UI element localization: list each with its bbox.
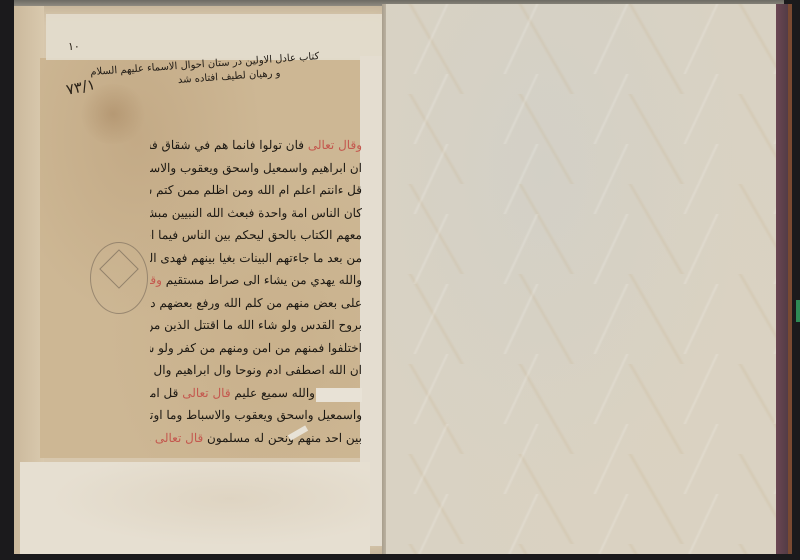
line-text: كان الناس امة واحدة فبعث الله النبيين مب… bbox=[150, 206, 362, 220]
text-line: من بعد ما جاءتهم البينات بغيا بينهم فهدى… bbox=[150, 247, 362, 270]
text-line: والله يهدي من يشاء الى صراط مستقيم وقال … bbox=[150, 269, 362, 292]
text-line: معهم الكتاب بالحق ليحكم بين الناس فيما ا… bbox=[150, 224, 362, 247]
text-line: قل ءانتم اعلم ام الله ومن اظلم ممن كتم ش… bbox=[150, 179, 362, 202]
line-text: اختلفوا فمنهم من امن ومنهم من كفر ولو شا… bbox=[150, 341, 362, 355]
manuscript-photo: ١٠ ٧٣/١ کتاب عادل الاولین در ستان احوال … bbox=[0, 0, 800, 560]
green-tab bbox=[796, 300, 800, 322]
rubric: وقال تعالى bbox=[308, 138, 362, 152]
line-tail: ما كان لبشر ان يؤتيه الله الكتاب والحكم bbox=[150, 431, 151, 445]
seal-stamp bbox=[90, 242, 148, 314]
line-text: واسمعيل واسحق ويعقوب والاسباط وما اوتي م… bbox=[150, 408, 362, 422]
right-page-flyleaf bbox=[386, 4, 778, 554]
text-line: واسمعيل واسحق ويعقوب والاسباط وما اوتي م… bbox=[150, 404, 362, 427]
line-text: قل ءانتم اعلم ام الله ومن اظلم ممن كتم ش… bbox=[150, 183, 362, 197]
line-text: بروح القدس ولو شاء الله ما اقتتل الذين م… bbox=[150, 318, 362, 332]
text-line: بروح القدس ولو شاء الله ما اقتتل الذين م… bbox=[150, 314, 362, 337]
line-text: ان الله اصطفى ادم ونوحا وال ابراهيم وال … bbox=[150, 363, 362, 377]
main-text-block: وقال تعالى فان تولوا فانما هم في شقاق فس… bbox=[150, 134, 362, 454]
cover-edge-leather bbox=[788, 4, 792, 554]
text-line: بين احد منهم ونحن له مسلمون قال تعالى ما… bbox=[150, 427, 362, 450]
bottom-repair-paper bbox=[20, 462, 370, 554]
line-text: من بعد ما جاءتهم البينات بغيا بينهم فهدى… bbox=[150, 251, 362, 265]
text-line: اختلفوا فمنهم من امن ومنهم من كفر ولو شا… bbox=[150, 337, 362, 360]
rubric: قال تعالى bbox=[155, 431, 203, 445]
top-repair-paper bbox=[46, 14, 391, 60]
text-line: ان الله اصطفى ادم ونوحا وال ابراهيم وال … bbox=[150, 359, 362, 382]
seal-emblem-icon bbox=[99, 249, 139, 289]
text-line: ان ابراهيم واسمعيل واسحق ويعقوب والاسباط… bbox=[150, 157, 362, 180]
line-text: على بعض منهم من كلم الله ورفع بعضهم درجا… bbox=[150, 296, 362, 310]
folio-top-number: ١٠ bbox=[68, 40, 80, 53]
rubric: قال تعالى bbox=[182, 386, 230, 400]
text-line: كان الناس امة واحدة فبعث الله النبيين مب… bbox=[150, 202, 362, 225]
line-text: ان ابراهيم واسمعيل واسحق ويعقوب والاسباط… bbox=[150, 161, 362, 175]
line-text: معهم الكتاب بالحق ليحكم بين الناس فيما ا… bbox=[150, 228, 362, 242]
text-line: وقال تعالى فان تولوا فانما هم في شقاق فس… bbox=[150, 134, 362, 157]
repair-patch bbox=[316, 388, 362, 402]
line-text: بين احد منهم ونحن له مسلمون bbox=[207, 431, 362, 445]
line-tail: قل امنا بالله وما انزل علينا وما انزل عل… bbox=[150, 386, 178, 400]
line-text: والله يهدي من يشاء الى صراط مستقيم bbox=[166, 273, 362, 287]
rubric: وقال تعالى bbox=[150, 273, 162, 287]
text-line: على بعض منهم من كلم الله ورفع بعضهم درجا… bbox=[150, 292, 362, 315]
line-text: فان تولوا فانما هم في شقاق فسيكفيكهم الل… bbox=[150, 138, 304, 152]
